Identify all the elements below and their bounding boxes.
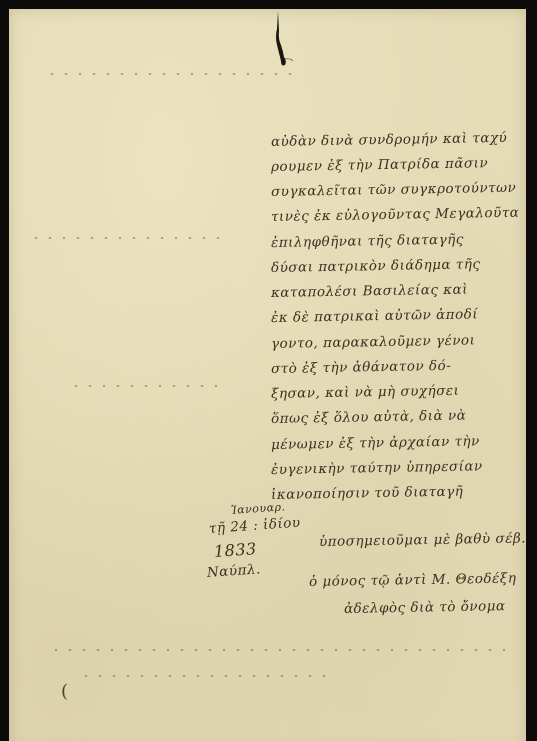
closing-line: ἀδελφὸς διὰ τὸ ὄνομα [344,598,506,617]
body-line: γοντο, παρακαλοῦμεν γένοι [271,332,476,352]
ink-stroke-mark: ( [61,681,68,702]
bleed-through-dots [79,675,329,677]
body-line: ἐπιληφθῆναι τῆς διαταγῆς [271,232,464,251]
bleed-through-dots [45,73,295,75]
body-line: στὸ ἐξ τὴν ἀθάνατον δό- [271,358,451,377]
body-line: τινὲς ἐκ εὐλογοῦντας Μεγαλοῦτα [271,205,520,225]
bleed-through-dots [29,237,219,239]
body-line: καταπολέσι Βασιλείας καὶ [271,282,468,301]
body-line: δύσαι πατρικὸν διάδημα τῆς [271,256,481,276]
body-line: ἐκ δὲ πατρικαὶ αὐτῶν ἀποδί [271,306,478,326]
date-year: 1833 [213,539,257,561]
body-line: ρουμεν ἐξ τὴν Πατρίδα πᾶσιν [271,155,488,175]
bleed-through-dots [69,385,219,387]
letter-paper: αὐδὰν δινὰ συνδρομήν καὶ ταχύ ρουμεν ἐξ … [9,9,526,741]
closing-signature: ὁ μόνος τῷ ἀντὶ Μ. Θεοδέξη [309,570,517,590]
bleed-through-dots [49,649,509,651]
date-place: Ναύπλ. [206,561,261,581]
body-line: συγκαλεῖται τῶν συγκροτούντων [271,180,517,200]
ink-blot-mark [273,11,293,71]
body-line: ἐυγενικὴν ταύτην ὑπηρεσίαν [271,458,483,478]
closing-line: ὑποσημειοῦμαι μὲ βαθὺ σέβ. [319,530,526,550]
body-line: αὐδὰν δινὰ συνδρομήν καὶ ταχύ [271,130,508,150]
body-line: ξησαν, καὶ νὰ μὴ συχήσει [271,383,460,402]
date-day: τῇ 24 : ἰδίου [208,515,301,537]
date-month: Ἰανουαρ. [231,500,286,517]
body-line: μένωμεν ἐξ τὴν ἀρχαίαν τὴν [271,433,480,453]
body-line: ὅπως ἐξ ὅλου αὐτὰ, διὰ νὰ [271,408,467,427]
body-line: ἱκανοποίησιν τοῦ διαταγῆ [271,484,464,503]
